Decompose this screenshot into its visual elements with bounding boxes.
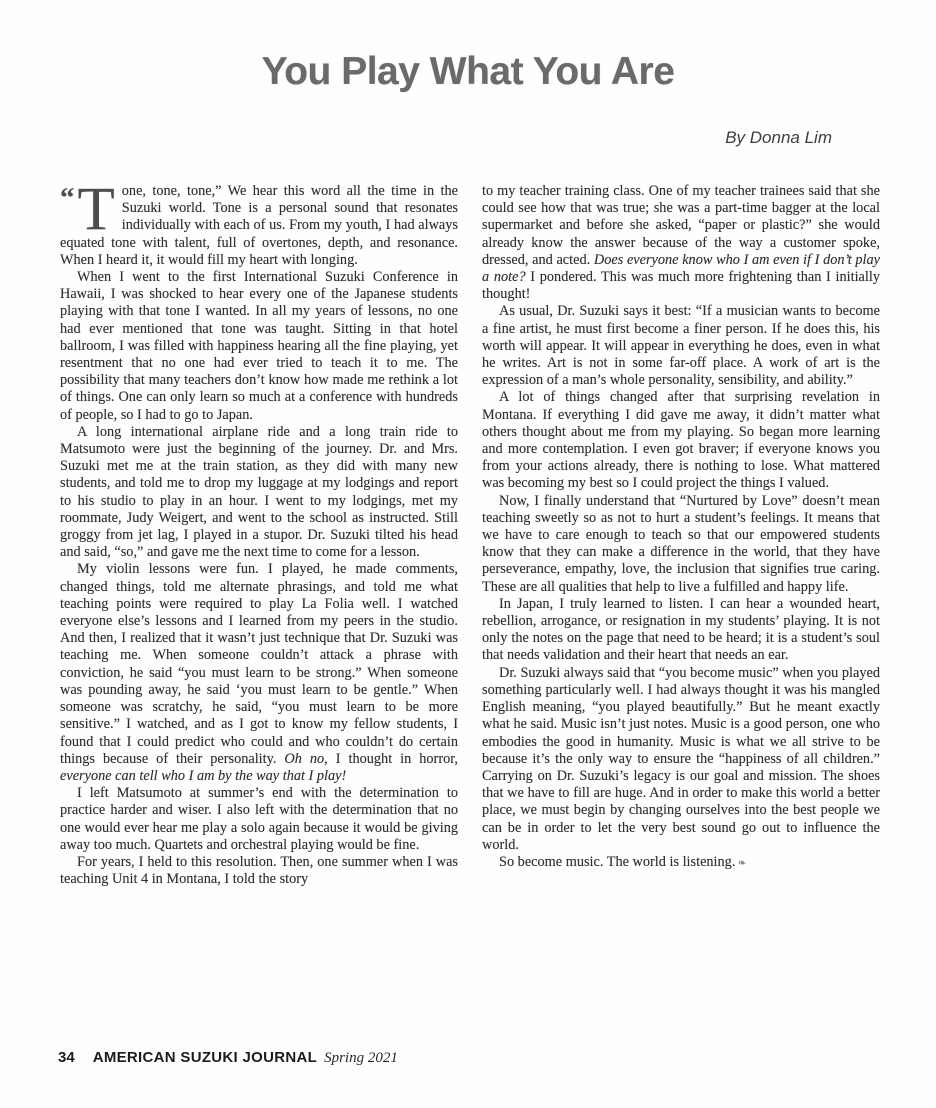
paragraph: Now, I finally understand that “Nurtured…	[482, 493, 880, 596]
article-page: You Play What You Are By Donna Lim “Tone…	[0, 0, 936, 1108]
italic-text-segment: everyone can tell who I am by the way th…	[60, 768, 346, 784]
text-segment: When I went to the first International S…	[60, 269, 458, 423]
paragraph: A lot of things changed after that surpr…	[482, 389, 880, 492]
article-end-mark: ❧	[735, 858, 746, 869]
text-segment: My violin lessons were fun. I played, he…	[60, 561, 458, 766]
journal-name: AMERICAN SUZUKI JOURNAL	[93, 1049, 317, 1066]
paragraph: In Japan, I truly learned to listen. I c…	[482, 596, 880, 665]
paragraph: Dr. Suzuki always said that “you become …	[482, 665, 880, 854]
byline: By Donna Lim	[725, 128, 832, 148]
opening-quote: “	[60, 184, 75, 213]
text-segment: I left Matsumoto at summer’s end with th…	[60, 785, 458, 853]
italic-text-segment: Oh no,	[284, 751, 327, 767]
text-segment: Now, I finally understand that “Nurtured…	[482, 493, 880, 595]
paragraph: For years, I held to this resolution. Th…	[60, 854, 458, 888]
drop-cap: T	[78, 183, 122, 234]
page-title: You Play What You Are	[0, 50, 936, 94]
paragraph: So become music. The world is listening.…	[482, 854, 880, 872]
text-segment: For years, I held to this resolution. Th…	[60, 854, 458, 887]
paragraph: As usual, Dr. Suzuki says it best: “If a…	[482, 303, 880, 389]
text-segment: A long international airplane ride and a…	[60, 424, 458, 560]
text-segment: I pondered. This was much more frighteni…	[482, 269, 880, 302]
issue-label: Spring 2021	[324, 1050, 398, 1066]
paragraph: A long international airplane ride and a…	[60, 424, 458, 562]
right-column: to my teacher training class. One of my …	[482, 183, 880, 888]
page-number: 34	[58, 1049, 75, 1066]
article-body: “Tone, tone, tone,” We hear this word al…	[60, 183, 880, 888]
paragraph: to my teacher training class. One of my …	[482, 183, 880, 303]
text-segment: In Japan, I truly learned to listen. I c…	[482, 596, 880, 664]
paragraph: My violin lessons were fun. I played, he…	[60, 561, 458, 785]
text-segment: As usual, Dr. Suzuki says it best: “If a…	[482, 303, 880, 388]
text-segment: A lot of things changed after that surpr…	[482, 389, 880, 491]
text-segment: Dr. Suzuki always said that “you become …	[482, 665, 880, 853]
text-segment: I thought in horror,	[328, 751, 458, 767]
paragraph: When I went to the first International S…	[60, 269, 458, 424]
paragraph: I left Matsumoto at summer’s end with th…	[60, 785, 458, 854]
page-footer: 34AMERICAN SUZUKI JOURNALSpring 2021	[58, 1049, 398, 1067]
left-column: “Tone, tone, tone,” We hear this word al…	[60, 183, 458, 888]
text-segment: So become music. The world is listening.	[499, 854, 735, 870]
paragraph: “Tone, tone, tone,” We hear this word al…	[60, 183, 458, 269]
